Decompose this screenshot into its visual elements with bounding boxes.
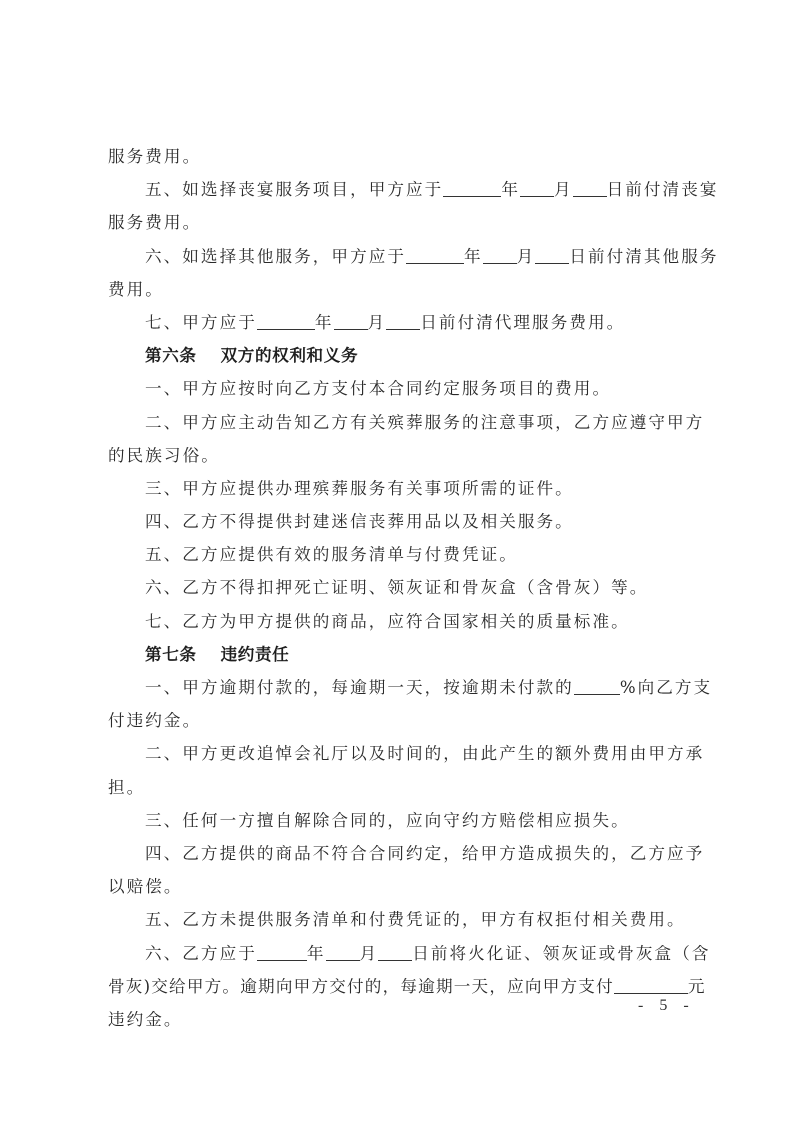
- article-title: 双方的权利和义务: [221, 346, 359, 365]
- article-7-item-1: 一、甲方逾期付款的，每逾期一天，按逾期未付款的%向乙方支: [108, 671, 692, 704]
- article-7-item-2: 二、甲方更改追悼会礼厅以及时间的，由此产生的额外费用由甲方承: [108, 737, 692, 770]
- month-label: 月: [368, 313, 387, 332]
- article-6-item-1: 一、甲方应按时向乙方支付本合同约定服务项目的费用。: [108, 372, 692, 405]
- clause-text: 七、甲方应于: [145, 313, 257, 332]
- article-number: 第七条: [145, 645, 197, 664]
- article-7-item-6-cont: 骨灰)交给甲方。逾期向甲方交付的，每逾期一天，应向甲方支付元: [108, 970, 692, 1003]
- year-blank[interactable]: [443, 178, 501, 197]
- article-6-item-2-cont: 的民族习俗。: [108, 439, 692, 472]
- year-blank[interactable]: [257, 311, 315, 330]
- clause-text: 日前付清其他服务: [569, 247, 718, 266]
- article-7-item-1-cont: 付违约金。: [108, 704, 692, 737]
- month-blank[interactable]: [520, 178, 554, 197]
- article-7-item-4: 四、乙方提供的商品不符合合同约定，给甲方造成损失的，乙方应予: [108, 837, 692, 870]
- article-7-heading: 第七条违约责任: [108, 638, 692, 671]
- clause-7-agency-payment: 七、甲方应于年月日前付清代理服务费用。: [108, 306, 692, 339]
- article-6-item-6: 六、乙方不得扣押死亡证明、领灰证和骨灰盒（含骨灰）等。: [108, 571, 692, 604]
- clause-text: 六、乙方应于: [145, 944, 257, 963]
- clause-text: 日前将火化证、领灰证或骨灰盒（含: [412, 944, 710, 963]
- article-7-item-6: 六、乙方应于年月日前将火化证、领灰证或骨灰盒（含: [108, 937, 692, 970]
- article-6-item-5: 五、乙方应提供有效的服务清单与付费凭证。: [108, 538, 692, 571]
- month-label: 月: [554, 180, 573, 199]
- day-blank[interactable]: [378, 942, 412, 961]
- day-blank[interactable]: [386, 311, 420, 330]
- article-number: 第六条: [145, 346, 197, 365]
- year-blank[interactable]: [257, 942, 307, 961]
- percent-blank[interactable]: [574, 676, 620, 695]
- year-label: 年: [307, 944, 326, 963]
- article-7-item-3: 三、任何一方擅自解除合同的，应向守约方赔偿相应损失。: [108, 804, 692, 837]
- month-label: 月: [360, 944, 379, 963]
- year-label: 年: [315, 313, 334, 332]
- clause-text: 日前付清代理服务费用。: [420, 313, 625, 332]
- day-blank[interactable]: [535, 245, 569, 264]
- clause-text: 日前付清丧宴: [607, 180, 719, 199]
- month-blank[interactable]: [483, 245, 517, 264]
- article-7-item-5: 五、乙方未提供服务清单和付费凭证的，甲方有权拒付相关费用。: [108, 903, 692, 936]
- year-label: 年: [501, 180, 520, 199]
- clause-text: 骨灰)交给甲方。逾期向甲方交付的，每逾期一天，应向甲方支付: [108, 977, 614, 996]
- page-number: - 5 -: [638, 997, 695, 1015]
- text-line: 服务费用。: [108, 140, 692, 173]
- article-6-item-4: 四、乙方不得提供封建迷信丧葬用品以及相关服务。: [108, 505, 692, 538]
- clause-text: %向乙方支: [620, 678, 712, 697]
- clause-5-banquet-payment: 五、如选择丧宴服务项目，甲方应于年月日前付清丧宴: [108, 173, 692, 206]
- month-blank[interactable]: [334, 311, 368, 330]
- clause-6-other-payment: 六、如选择其他服务，甲方应于年月日前付清其他服务: [108, 240, 692, 273]
- month-label: 月: [517, 247, 536, 266]
- clause-text: 元: [688, 977, 706, 996]
- amount-blank[interactable]: [614, 975, 688, 994]
- article-7-item-4-cont: 以赔偿。: [108, 870, 692, 903]
- month-blank[interactable]: [326, 942, 360, 961]
- article-6-item-2: 二、甲方应主动告知乙方有关殡葬服务的注意事项，乙方应遵守甲方: [108, 406, 692, 439]
- clause-text: 一、甲方逾期付款的，每逾期一天，按逾期未付款的: [145, 678, 574, 697]
- article-6-heading: 第六条双方的权利和义务: [108, 339, 692, 372]
- clause-text: 六、如选择其他服务，甲方应于: [145, 247, 406, 266]
- article-title: 违约责任: [221, 645, 290, 664]
- year-blank[interactable]: [406, 245, 464, 264]
- article-7-item-2-cont: 担。: [108, 771, 692, 804]
- document-page: 服务费用。 五、如选择丧宴服务项目，甲方应于年月日前付清丧宴 服务费用。 六、如…: [108, 140, 692, 1036]
- text-line: 服务费用。: [108, 206, 692, 239]
- text-line: 费用。: [108, 273, 692, 306]
- day-blank[interactable]: [573, 178, 607, 197]
- year-label: 年: [464, 247, 483, 266]
- clause-text: 五、如选择丧宴服务项目，甲方应于: [145, 180, 443, 199]
- article-6-item-7: 七、乙方为甲方提供的商品，应符合国家相关的质量标准。: [108, 605, 692, 638]
- article-7-item-6-end: 违约金。: [108, 1003, 692, 1036]
- article-6-item-3: 三、甲方应提供办理殡葬服务有关事项所需的证件。: [108, 472, 692, 505]
